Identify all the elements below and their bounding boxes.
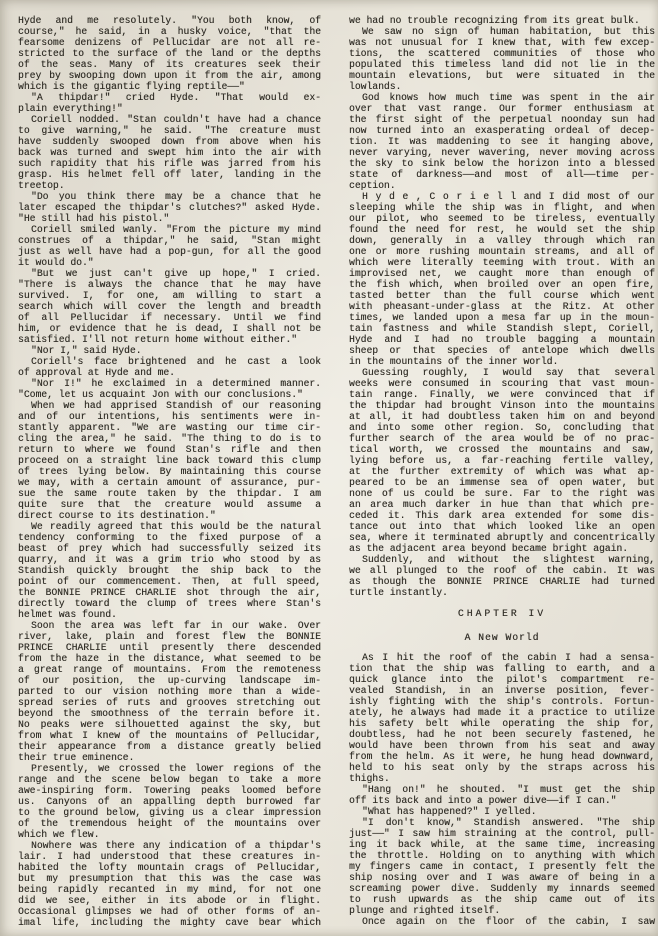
text-line: Guessing roughly, I would say that sever… xyxy=(349,367,655,378)
text-line: lowlands. xyxy=(349,81,655,92)
text-line: We readily agreed that this would be the… xyxy=(18,521,321,532)
text-line: Coriell's face brightened and he cast a … xyxy=(18,356,321,367)
text-line: the sky to sink below the horizon into a… xyxy=(349,158,655,169)
text-line: PRINCE CHARLIE until presently there des… xyxy=(18,642,321,653)
text-line: tain range. Finally, we were convinced t… xyxy=(349,389,655,400)
text-line: and into some other region. So, concludi… xyxy=(349,422,655,433)
text-line: Standish quickly brought the ship back t… xyxy=(18,565,321,576)
text-line: helmet was found. xyxy=(18,609,321,620)
text-line: spread series of ruts and grooves stretc… xyxy=(18,697,321,708)
text-line: God knows how much time was spent in the… xyxy=(349,92,655,103)
text-line: but my presumption that this was the cas… xyxy=(18,873,321,884)
text-line: we may, with a certain amount of assuran… xyxy=(18,477,321,488)
text-line: construes of a thipdar," he said, "Stan … xyxy=(18,235,321,246)
text-line: point of our commencement. Then, at full… xyxy=(18,576,321,587)
text-line: populated this timeless land did not lie… xyxy=(349,59,655,70)
text-line: ceded it. This dark area extended for so… xyxy=(349,510,655,521)
paragraph: God knows how much time was spent in the… xyxy=(349,92,655,191)
text-line: found the need for rest, he would set th… xyxy=(349,224,655,235)
text-line: we all plunged to the roof of the cabin.… xyxy=(349,565,655,576)
text-line: turtle instantly. xyxy=(349,587,655,598)
text-line: sue the same route taken by the thipdar.… xyxy=(18,488,321,499)
text-line: satisfied. I'll not return home without … xyxy=(18,334,321,345)
text-line: fearsome denizens of Pellucidar are not … xyxy=(18,37,321,48)
text-line: the thipdar had brought Vinson into the … xyxy=(349,400,655,411)
text-line: parted to our vision nothing more than a… xyxy=(18,686,321,697)
paragraph: "A thipdar!" cried Hyde. "That would ex-… xyxy=(18,92,321,114)
text-line: it would do." xyxy=(18,257,321,268)
text-line: at the further extremity of which was wh… xyxy=(349,466,655,477)
text-line: "Come, let us acquaint Jon with our conc… xyxy=(18,389,321,400)
text-line: as the adjacent area beyond became brigh… xyxy=(349,543,655,554)
text-line: the BONNIE PRINCE CHARLIE shot through t… xyxy=(18,587,321,598)
text-line: tion that the ship was falling to earth,… xyxy=(349,663,655,674)
text-line: direct course to its destination." xyxy=(18,510,321,521)
text-line: plunge and righted itself. xyxy=(349,905,655,916)
text-line: Nowhere was there any indication of a th… xyxy=(18,840,321,851)
text-line: ing it back while, at the same time, inc… xyxy=(349,839,655,850)
scanned-page: Hyde and me resolutely. "You both know, … xyxy=(0,0,658,936)
text-line: ishly fighting with the ship's controls.… xyxy=(349,696,655,707)
text-line: "A thipdar!" cried Hyde. "That would ex- xyxy=(18,92,321,103)
text-line: at all, it had doubtless taken him on an… xyxy=(349,411,655,422)
text-line: of all Pellucidar if necessary. Until we… xyxy=(18,312,321,323)
text-line: Hyde and me resolutely. "You both know, … xyxy=(18,15,321,26)
text-line: quick glance into the pilot's compartmen… xyxy=(349,674,655,685)
text-line: never varying, never wavering, never mov… xyxy=(349,147,655,158)
text-line: survived. I, for one, am willing to star… xyxy=(18,290,321,301)
text-line: Coriell smiled wanly. "From the picture … xyxy=(18,224,321,235)
text-column-right: we had no trouble recognizing from its g… xyxy=(349,15,655,936)
text-line: thighs. xyxy=(349,773,655,784)
text-line: the first sight of the perpetual noonday… xyxy=(349,114,655,125)
text-line: Presently, we crossed the lower regions … xyxy=(18,763,321,774)
text-line: their true eminence. xyxy=(18,752,321,763)
text-line: "There is always the chance that he may … xyxy=(18,279,321,290)
text-line: lair. I had understood that these creatu… xyxy=(18,851,321,862)
text-line: river, lake, plain and forest flew the B… xyxy=(18,631,321,642)
text-line: just as well have had a pop-gun, for all… xyxy=(18,246,321,257)
text-line: vealed Standish, in an inverse position,… xyxy=(349,685,655,696)
text-line: being rapidly recanted in my mind, for n… xyxy=(18,884,321,895)
text-line: stantly apparent. "We are wasting our ti… xyxy=(18,422,321,433)
text-line: doubtless, had he not been securely fast… xyxy=(349,729,655,740)
paragraph: H y d e , C o r i e l l and I did most o… xyxy=(349,191,655,367)
text-line: ship nosing over and I was aware of bein… xyxy=(349,872,655,883)
paragraph: "Nor I!" he exclaimed in a determined ma… xyxy=(18,378,321,400)
text-line: none of us could be sure. Far to the rig… xyxy=(349,488,655,499)
text-line: an area much darker in hue than that whi… xyxy=(349,499,655,510)
text-line: as though the BONNIE PRINCE CHARLIE had … xyxy=(349,576,655,587)
text-line: was not unusual for I knew that, with fe… xyxy=(349,37,655,48)
chapter-heading: CHAPTER IV xyxy=(349,608,655,619)
paragraph: Soon the area was left far in our wake. … xyxy=(18,620,321,763)
text-line: now turned into an exasperating ordeal o… xyxy=(349,125,655,136)
text-line: Hyde and I had no trouble bagging a moun… xyxy=(349,334,655,345)
paragraph: As I hit the roof of the cabin I had a s… xyxy=(349,652,655,784)
paragraph: Presently, we crossed the lower regions … xyxy=(18,763,321,840)
text-line: treetop. xyxy=(18,180,321,191)
paragraph: Coriell nodded. "Stan couldn't have had … xyxy=(18,114,321,191)
text-line: and of our intentions, his sentiments we… xyxy=(18,411,321,422)
text-line: We saw no sign of human habitation, but … xyxy=(349,26,655,37)
text-line: from the helm. As it were, he hung head … xyxy=(349,751,655,762)
text-line: imal life, including the mighty cave bea… xyxy=(18,917,321,928)
text-line: Once again on the floor of the cabin, I … xyxy=(349,916,655,927)
text-line: my fingers came in contact, I presently … xyxy=(349,861,655,872)
text-line: down, generally in a valley through whic… xyxy=(349,235,655,246)
text-line: course," he said, in a husky voice, "tha… xyxy=(18,26,321,37)
text-line: "But we just can't give up hope," I crie… xyxy=(18,268,321,279)
text-line: to the ground below, giving us a clear i… xyxy=(18,807,321,818)
text-line: ception. xyxy=(349,180,655,191)
text-line: with pheasant-under-glass at the Ritz. A… xyxy=(349,301,655,312)
text-column-left: Hyde and me resolutely. "You both know, … xyxy=(18,15,321,936)
text-line: "Do you think there may be a chance that… xyxy=(18,191,321,202)
paragraph: "Do you think there may be a chance that… xyxy=(18,191,321,224)
text-line: of trees lying below. By maintaining thi… xyxy=(18,466,321,477)
text-line: tions, the scattered communities of thos… xyxy=(349,48,655,59)
text-line: of the tremendous height of the mountain… xyxy=(18,818,321,829)
text-line: return to where we found Stan's rifle an… xyxy=(18,444,321,455)
text-line: lying before us, a far-reaching fertile … xyxy=(349,455,655,466)
text-line: "He still had his pistol." xyxy=(18,213,321,224)
text-line: a great range of mountains. From the rem… xyxy=(18,664,321,675)
text-line: to rush upwards as the ship came out of … xyxy=(349,894,655,905)
paragraph: we had no trouble recognizing from its g… xyxy=(349,15,655,26)
text-line: peared to be an immense sea of open wate… xyxy=(349,477,655,488)
text-line: quarry, and it was a grim trio who stood… xyxy=(18,554,321,565)
text-line: screaming power dive. Suddenly my innard… xyxy=(349,883,655,894)
text-line: beast of prey which had successfully sei… xyxy=(18,543,321,554)
text-line: over that vast range. Our former enthusi… xyxy=(349,103,655,114)
text-line: tical worth, we crossed the mountains an… xyxy=(349,444,655,455)
text-line: "Hang on!" he shouted. "I must get the s… xyxy=(349,784,655,795)
paragraph: We readily agreed that this would be the… xyxy=(18,521,321,620)
text-line: stricted to the surface of the land or t… xyxy=(18,48,321,59)
text-line: grasp. His helmet fell off later, landin… xyxy=(18,169,321,180)
paragraph: "But we just can't give up hope," I crie… xyxy=(18,268,321,345)
text-line: sleeping while the ship was in flight, a… xyxy=(349,202,655,213)
text-line: plain everything!" xyxy=(18,103,321,114)
text-line: in the mountains of the inner world. xyxy=(349,356,655,367)
text-line: would have been thrown from his seat and… xyxy=(349,740,655,751)
paragraph: Once again on the floor of the cabin, I … xyxy=(349,916,655,927)
text-line: their appearance from a distance greatly… xyxy=(18,741,321,752)
text-line: Soon the area was left far in our wake. … xyxy=(18,620,321,631)
paragraph: "I don't know," Standish answered. "The … xyxy=(349,817,655,916)
text-line: the throttle. Holding on to anything wit… xyxy=(349,850,655,861)
text-line: from what I knew of the mountains of Pel… xyxy=(18,730,321,741)
text-line: Suddenly, and without the slightest warn… xyxy=(349,554,655,565)
text-line: mountain elevations, but were situated i… xyxy=(349,70,655,81)
text-line: Occasional glimpses we had of other form… xyxy=(18,906,321,917)
text-line: tain fastness and while Standish slept, … xyxy=(349,323,655,334)
text-line: which were literally teeming with trout.… xyxy=(349,257,655,268)
paragraph: "Nor I," said Hyde. xyxy=(18,345,321,356)
paragraph: "Hang on!" he shouted. "I must get the s… xyxy=(349,784,655,806)
text-line: cling the area," he said. "The thing to … xyxy=(18,433,321,444)
paragraph: Coriell smiled wanly. "From the picture … xyxy=(18,224,321,268)
text-line: awe-inspiring form. Towering peaks loome… xyxy=(18,785,321,796)
text-line: sea, where it terminated abruptly and co… xyxy=(349,532,655,543)
text-line: tasted better than the full course which… xyxy=(349,290,655,301)
text-line: of our position, the up-curving landscap… xyxy=(18,675,321,686)
paragraph: Suddenly, and without the slightest warn… xyxy=(349,554,655,598)
chapter-title: A New World xyxy=(349,632,655,643)
text-line: When we had apprised Standish of our rea… xyxy=(18,400,321,411)
paragraph: Guessing roughly, I would say that sever… xyxy=(349,367,655,554)
text-line: beyond the smoothness of the terrain bef… xyxy=(18,708,321,719)
text-line: ately, he always had made it a practice … xyxy=(349,707,655,718)
text-line: prey by swooping down upon it from the a… xyxy=(18,70,321,81)
text-line: us. Canyons of an appalling depth burrow… xyxy=(18,796,321,807)
text-line: habited the lofty mountain crags of Pell… xyxy=(18,862,321,873)
text-line: from the haze in the distance, what seem… xyxy=(18,653,321,664)
text-line: further search of the area would be of n… xyxy=(349,433,655,444)
text-line: proceed on a straight line back toward t… xyxy=(18,455,321,466)
text-line: which is the gigantic flying reptile——" xyxy=(18,81,321,92)
text-line: which we flew. xyxy=(18,829,321,840)
text-line: directly toward the clump of trees where… xyxy=(18,598,321,609)
paragraph: "What has happened?" I yelled. xyxy=(349,806,655,817)
text-line: "What has happened?" I yelled. xyxy=(349,806,655,817)
text-line: did we see, either in its abode or in fl… xyxy=(18,895,321,906)
text-line: of the seas. Many of its creatures seek … xyxy=(18,59,321,70)
text-line: As I hit the roof of the cabin I had a s… xyxy=(349,652,655,663)
text-line: search which will cover the length and b… xyxy=(18,301,321,312)
text-line: improvised net, we caught more than enou… xyxy=(349,268,655,279)
text-line: state of darkness——and most of all——time… xyxy=(349,169,655,180)
text-line: our pilot, who seemed to be tireless, ev… xyxy=(349,213,655,224)
text-line: held to his seat only by the straps acro… xyxy=(349,762,655,773)
text-line: just——" I saw him straining at the contr… xyxy=(349,828,655,839)
text-line: sheep or that species of antelope which … xyxy=(349,345,655,356)
text-line: No peaks were silhouetted against the sk… xyxy=(18,719,321,730)
paragraph: Nowhere was there any indication of a th… xyxy=(18,840,321,928)
text-line: his safety belt while operating the ship… xyxy=(349,718,655,729)
text-line: the fish which, when broiled over an ope… xyxy=(349,279,655,290)
text-line: "Nor I!" he exclaimed in a determined ma… xyxy=(18,378,321,389)
text-line: later escaped the thipdar's clutches?" a… xyxy=(18,202,321,213)
text-line: tion. It was maddening to see it hanging… xyxy=(349,136,655,147)
paragraph: Coriell's face brightened and he cast a … xyxy=(18,356,321,378)
text-line: back was turned and swept him into the a… xyxy=(18,147,321,158)
text-line: weeks were consumed in scouring that vas… xyxy=(349,378,655,389)
text-line: "Nor I," said Hyde. xyxy=(18,345,321,356)
text-line: him, or evidence that he is dead, I shal… xyxy=(18,323,321,334)
text-line: "I don't know," Standish answered. "The … xyxy=(349,817,655,828)
text-line: H y d e , C o r i e l l and I did most o… xyxy=(349,191,655,202)
paragraph: We saw no sign of human habitation, but … xyxy=(349,26,655,92)
text-line: to give warning," he said. "The creature… xyxy=(18,125,321,136)
text-line: tance out into that which looked like an… xyxy=(349,521,655,532)
paragraph: Hyde and me resolutely. "You both know, … xyxy=(18,15,321,92)
text-line: of approval at Hyde and me. xyxy=(18,367,321,378)
text-line: times, we landed upon a mesa far up in t… xyxy=(349,312,655,323)
text-line: range and the scene below began to take … xyxy=(18,774,321,785)
text-line: tendency conforming to the fixed purpose… xyxy=(18,532,321,543)
text-line: quite sure that the creature would assum… xyxy=(18,499,321,510)
paragraph: When we had apprised Standish of our rea… xyxy=(18,400,321,521)
text-line: one or more rushing mountain streams, an… xyxy=(349,246,655,257)
text-line: Coriell nodded. "Stan couldn't have had … xyxy=(18,114,321,125)
text-line: such rapidity that his rifle was jarred … xyxy=(18,158,321,169)
text-line: off its back and into a power dive——if I… xyxy=(349,795,655,806)
text-line: we had no trouble recognizing from its g… xyxy=(349,15,655,26)
text-line: have suddenly swooped down from above wh… xyxy=(18,136,321,147)
